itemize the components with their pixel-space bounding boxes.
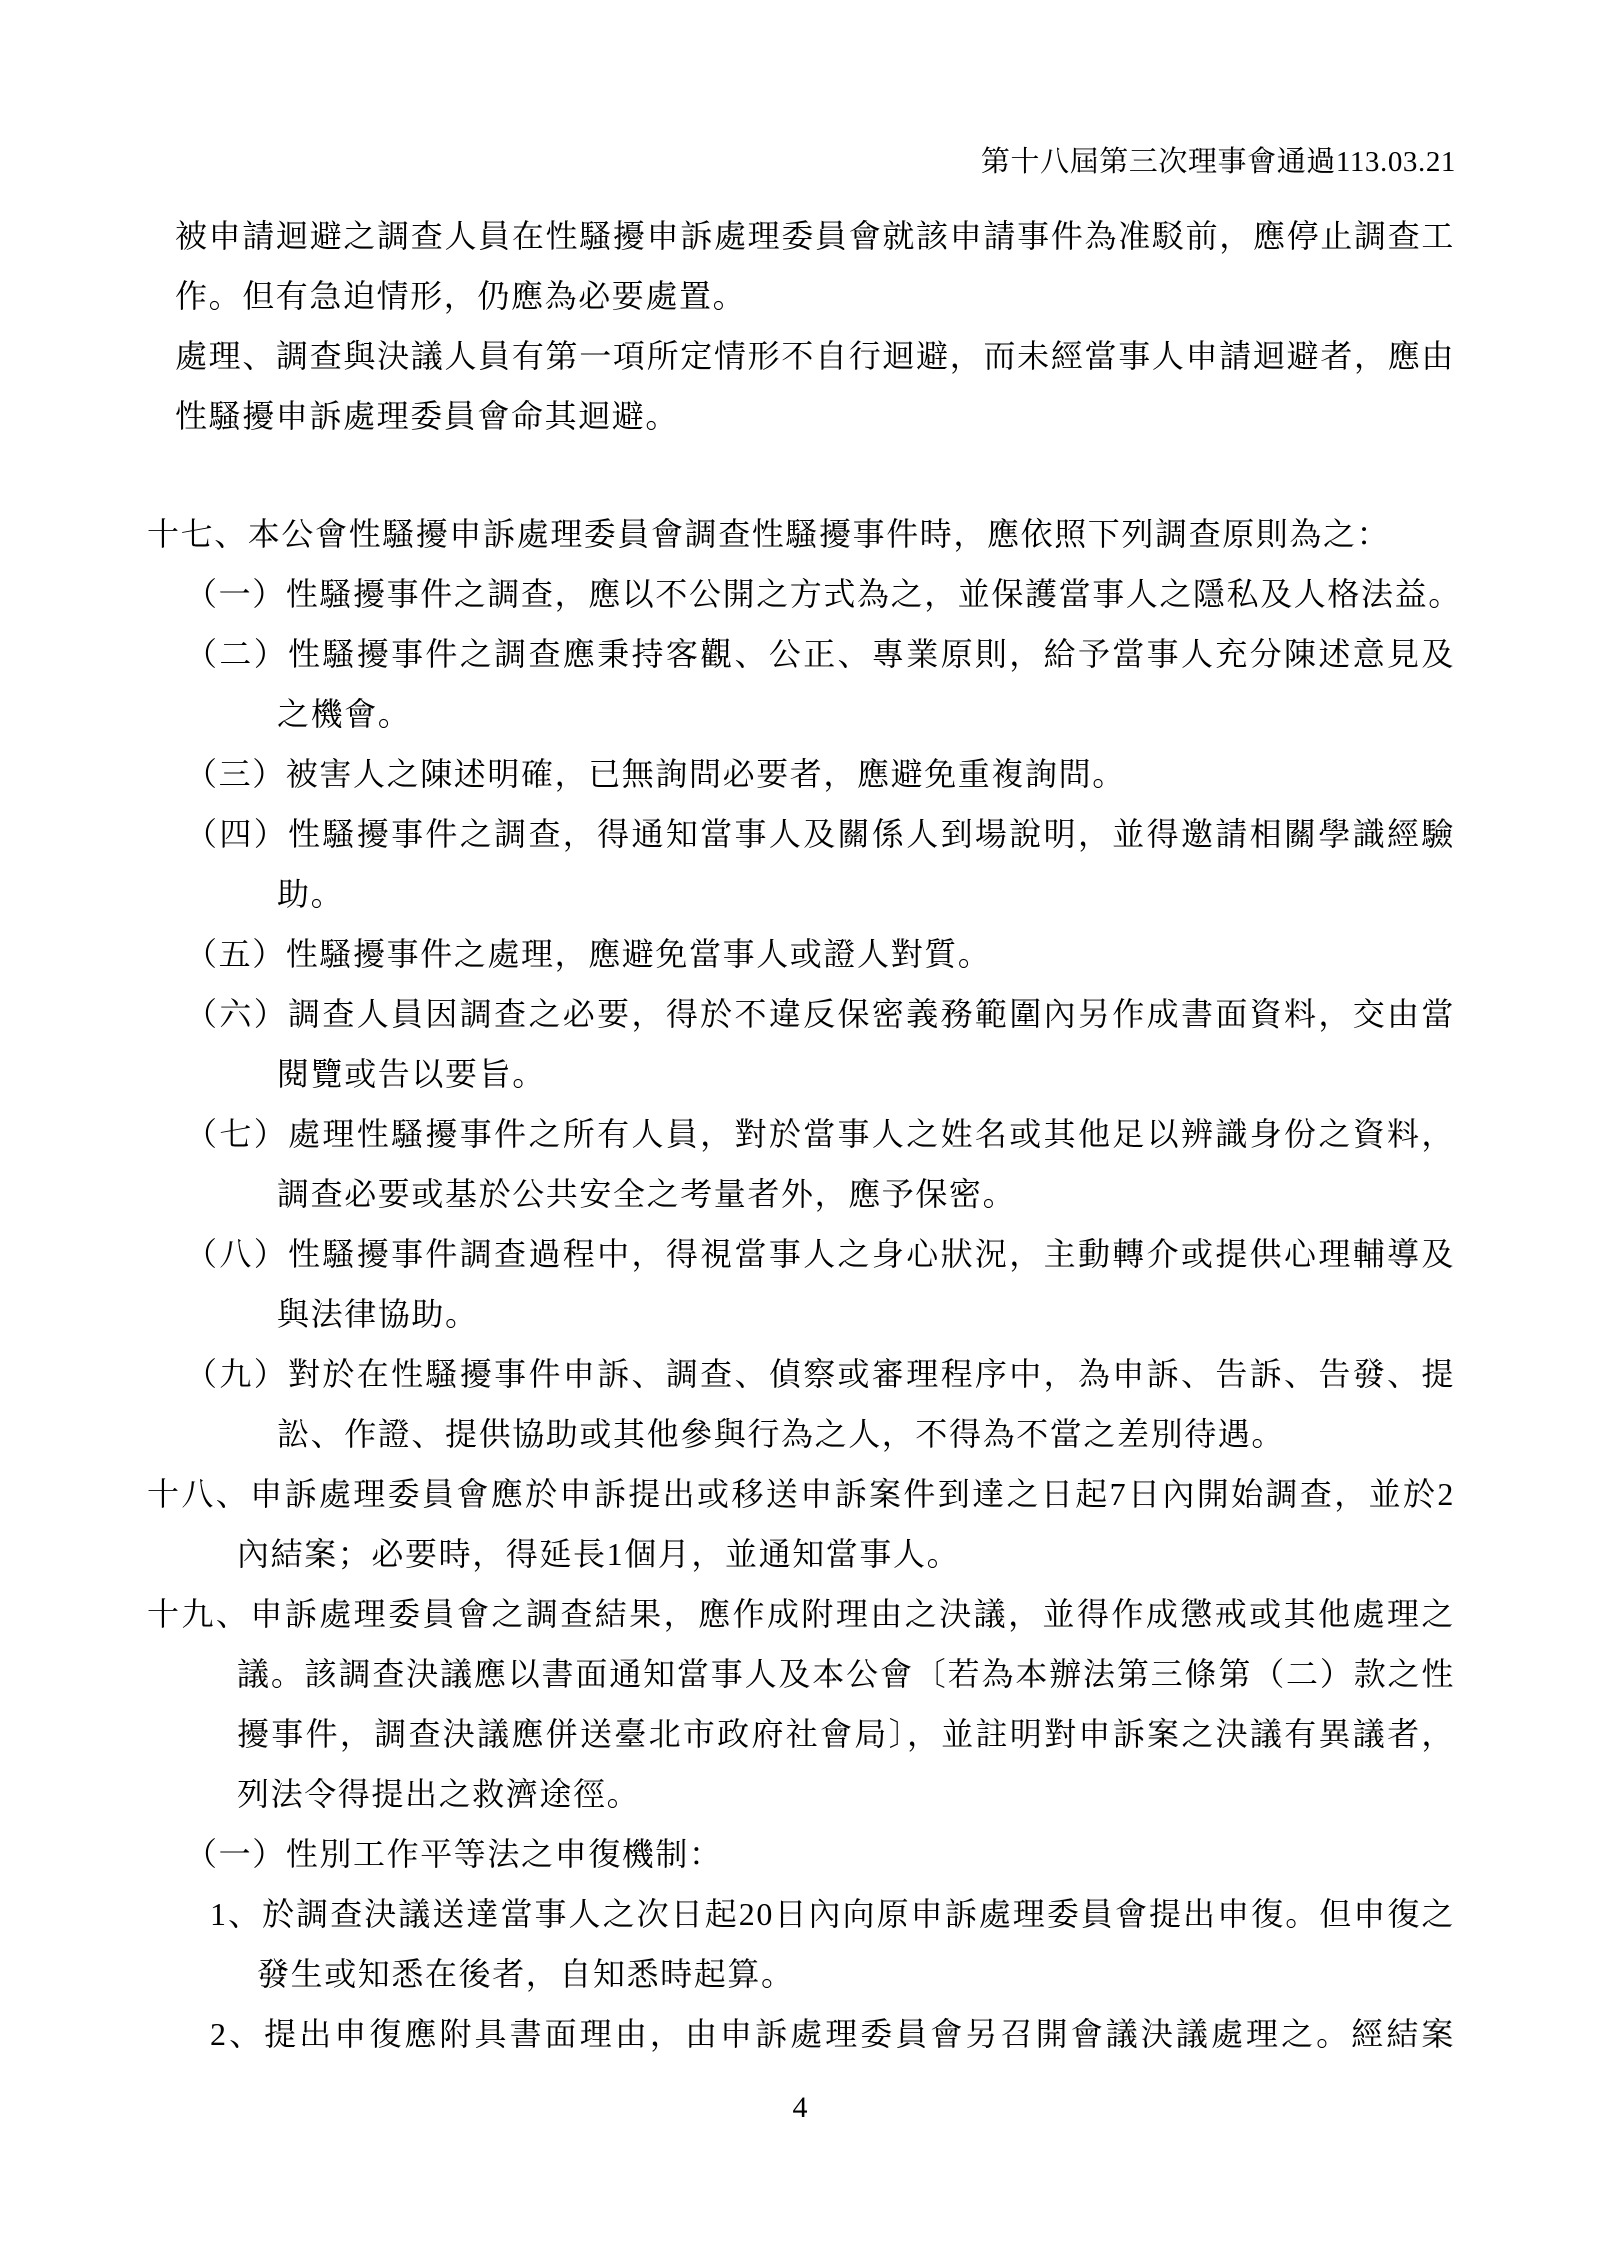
document-line: 1、於調查決議送達當事人之次日起20日內向原申訴處理委員會提出申復。但申復之事由: [210, 1884, 1455, 1944]
document-line: （九）對於在性騷擾事件申訴、調查、偵察或審理程序中，為申訴、告訴、告發、提起訴: [185, 1344, 1455, 1404]
document-line: 發生或知悉在後者，自知悉時起算。: [257, 1944, 1455, 2004]
header-approval-note: 第十八屆第三次理事會通過113.03.21: [981, 142, 1456, 182]
document-line: （五）性騷擾事件之處理，應避免當事人或證人對質。: [185, 924, 1455, 984]
page-number: 4: [0, 2078, 1600, 2138]
document-line: （一）性騷擾事件之調查，應以不公開之方式為之，並保護當事人之隱私及人格法益。: [185, 564, 1455, 624]
document-line: 性騷擾申訴處理委員會命其迴避。: [175, 386, 1455, 446]
document-line: 十九、申訴處理委員會之調查結果，應作成附理由之決議，並得作成懲戒或其他處理之建: [147, 1584, 1455, 1644]
document-line: 被申請迴避之調查人員在性騷擾申訴處理委員會就該申請事件為准駁前，應停止調查工: [175, 206, 1455, 266]
document-line: 助。: [277, 864, 1455, 924]
document-line: 作。但有急迫情形，仍應為必要處置。: [175, 266, 1455, 326]
document-line: 列法令得提出之救濟途徑。: [237, 1764, 1455, 1824]
document-line: 十八、申訴處理委員會應於申訴提出或移送申訴案件到達之日起7日內開始調查，並於2個…: [147, 1464, 1455, 1524]
document-line: （一）性別工作平等法之申復機制：: [185, 1824, 1455, 1884]
document-page: 第十八屆第三次理事會通過113.03.21 被申請迴避之調查人員在性騷擾申訴處理…: [0, 0, 1600, 2263]
document-line: （八）性騷擾事件調查過程中，得視當事人之身心狀況，主動轉介或提供心理輔導及醫療: [185, 1224, 1455, 1284]
document-line: 內結案；必要時，得延長1個月，並通知當事人。: [237, 1524, 1455, 1584]
document-line: （六）調查人員因調查之必要，得於不違反保密義務範圍內另作成書面資料，交由當事人: [185, 984, 1455, 1044]
document-line: 調查必要或基於公共安全之考量者外，應予保密。: [277, 1164, 1455, 1224]
document-line: 議。該調查決議應以書面通知當事人及本公會〔若為本辦法第三條第（二）款之性騷: [237, 1644, 1455, 1704]
document-line: （四）性騷擾事件之調查，得通知當事人及關係人到場說明，並得邀請相關學識經驗者協: [185, 804, 1455, 864]
document-line: 訟、作證、提供協助或其他參與行為之人，不得為不當之差別待遇。: [277, 1404, 1455, 1464]
document-line: （七）處理性騷擾事件之所有人員，對於當事人之姓名或其他足以辨識身份之資料，除有: [185, 1104, 1455, 1164]
document-line: （二）性騷擾事件之調查應秉持客觀、公正、專業原則，給予當事人充分陳述意見及答辯: [185, 624, 1455, 684]
document-line: 閱覽或告以要旨。: [277, 1044, 1455, 1104]
document-line: 擾事件，調查決議應併送臺北市政府社會局〕，並註明對申訴案之決議有異議者，依下: [237, 1704, 1455, 1764]
document-body: 被申請迴避之調查人員在性騷擾申訴處理委員會就該申請事件為准駁前，應停止調查工作。…: [0, 206, 1600, 2064]
document-line: 與法律協助。: [277, 1284, 1455, 1344]
document-line: 2、提出申復應附具書面理由，由申訴處理委員會另召開會議決議處理之。經結案後，不: [210, 2004, 1455, 2064]
document-line: 十七、本公會性騷擾申訴處理委員會調查性騷擾事件時，應依照下列調查原則為之：: [147, 504, 1455, 564]
document-line: （三）被害人之陳述明確，已無詢問必要者，應避免重複詢問。: [185, 744, 1455, 804]
document-line: 之機會。: [277, 684, 1455, 744]
document-line: 處理、調查與決議人員有第一項所定情形不自行迴避，而未經當事人申請迴避者，應由該: [175, 326, 1455, 386]
